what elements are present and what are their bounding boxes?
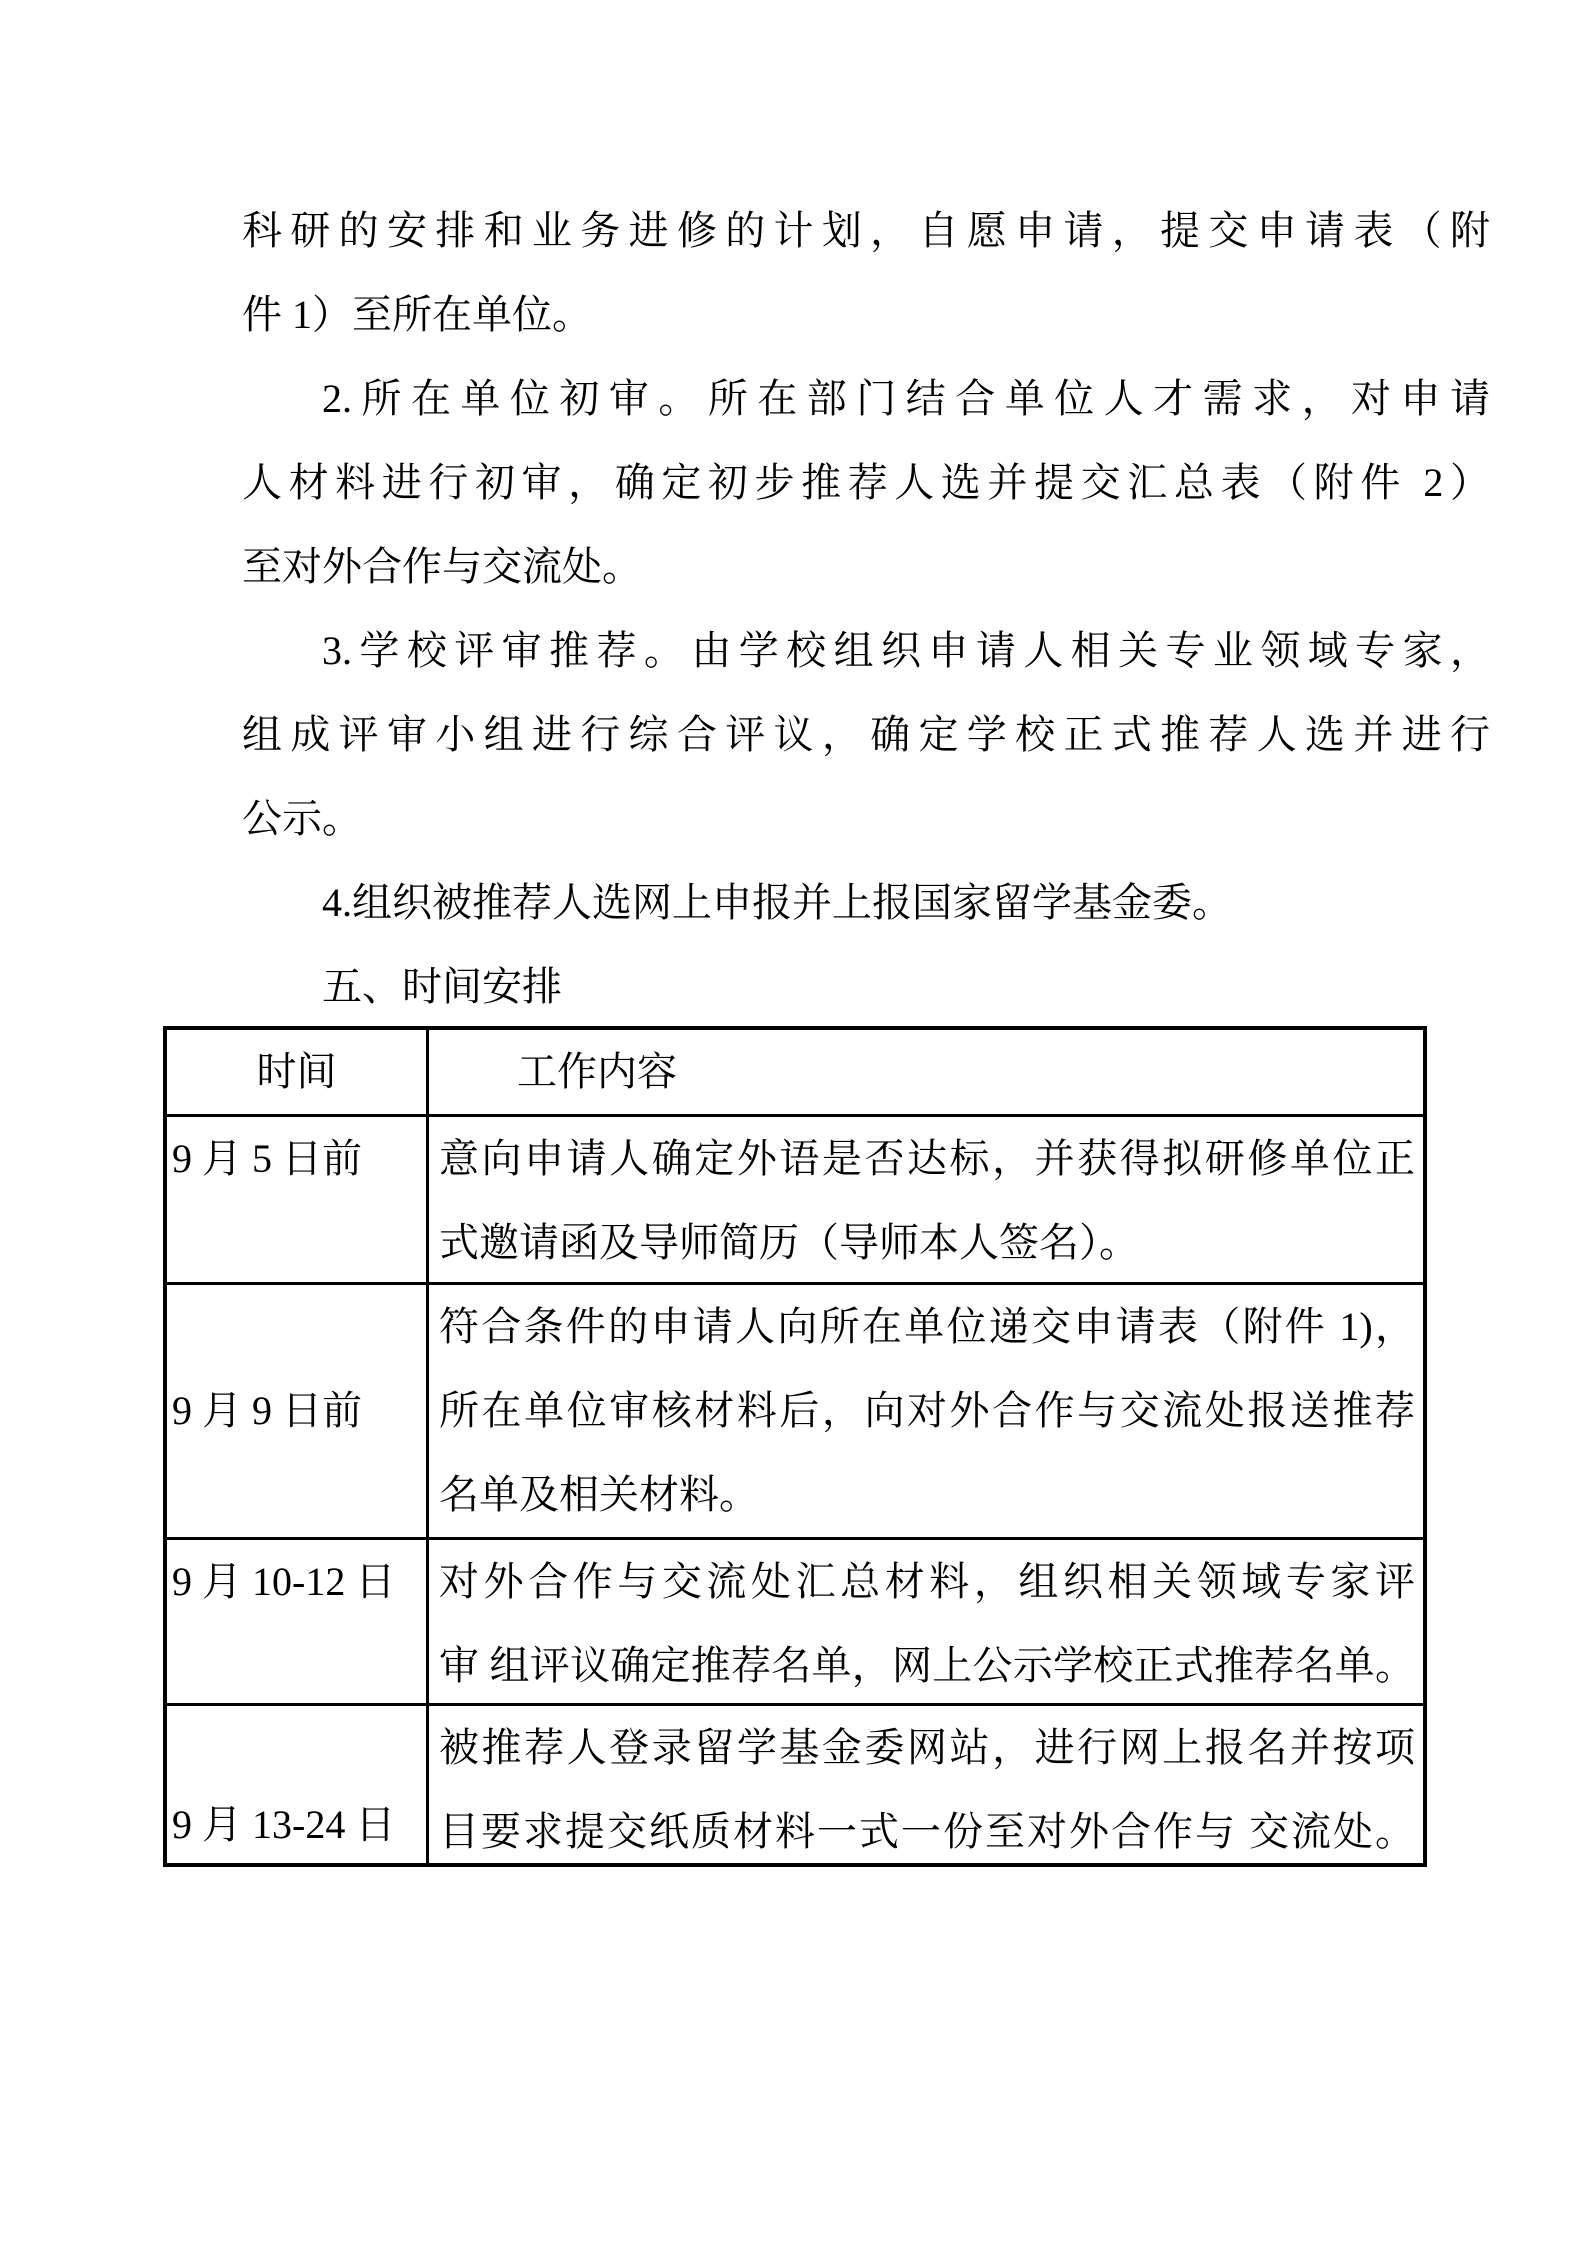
body-line: 公示。	[242, 777, 1490, 861]
content-line: 意向申请人确定外语是否达标，并获得拟研修单位正	[439, 1117, 1415, 1201]
section-heading-time-schedule: 五、时间安排	[242, 945, 1490, 1029]
body-line: 2.所在单位初审。所在部门结合单位人才需求，对申请	[242, 357, 1490, 441]
time-value: 9 月 10-12 日	[172, 1559, 395, 1604]
content-line: 所在单位审核材料后，向对外合作与交流处报送推荐	[439, 1369, 1415, 1453]
content-cell: 符合条件的申请人向所在单位递交申请表（附件 1)， 所在单位审核材料后，向对外合…	[429, 1285, 1423, 1537]
content-line: 对外合作与交流处汇总材料，组织相关领域专家评	[439, 1540, 1415, 1624]
header-cell-content: 工作内容	[429, 1030, 1423, 1114]
body-line: 件 1）至所在单位。	[242, 273, 1490, 357]
body-line: 至对外合作与交流处。	[242, 525, 1490, 609]
body-line: 人材料进行初审，确定初步推荐人选并提交汇总表（附件 2）	[242, 441, 1490, 525]
content-line: 被推荐人登录留学基金委网站，进行网上报名并按项	[439, 1706, 1415, 1790]
body-line: 3.学校评审推荐。由学校组织申请人相关专业领域专家，	[242, 609, 1490, 693]
document-page: 科研的安排和业务进修的计划，自愿申请，提交申请表（附 件 1）至所在单位。 2.…	[0, 0, 1587, 2245]
table-row: 9 月 13-24 日 被推荐人登录留学基金委网站，进行网上报名并按项 目要求提…	[167, 1703, 1423, 1863]
table-row: 9 月 10-12 日 对外合作与交流处汇总材料，组织相关领域专家评 审 组评议…	[167, 1537, 1423, 1703]
table-row: 9 月 5 日前 意向申请人确定外语是否达标，并获得拟研修单位正 式邀请函及导师…	[167, 1114, 1423, 1282]
body-line: 组成评审小组进行综合评议，确定学校正式推荐人选并进行	[242, 693, 1490, 777]
content-line: 目要求提交纸质材料一式一份至对外合作与 交流处。	[439, 1790, 1415, 1874]
content-cell: 意向申请人确定外语是否达标，并获得拟研修单位正 式邀请函及导师简历（导师本人签名…	[429, 1117, 1423, 1282]
time-cell: 9 月 5 日前	[167, 1117, 429, 1282]
table-header-row: 时间 工作内容	[167, 1030, 1423, 1114]
content-cell: 对外合作与交流处汇总材料，组织相关领域专家评 审 组评议确定推荐名单，网上公示学…	[429, 1540, 1423, 1703]
time-value: 9 月 9 日前	[172, 1369, 362, 1453]
time-value: 9 月 5 日前	[172, 1136, 362, 1181]
time-cell: 9 月 13-24 日	[167, 1706, 429, 1863]
schedule-table: 时间 工作内容 9 月 5 日前 意向申请人确定外语是否达标，并获得拟研修单位正…	[163, 1026, 1427, 1867]
content-cell: 被推荐人登录留学基金委网站，进行网上报名并按项 目要求提交纸质材料一式一份至对外…	[429, 1706, 1423, 1863]
body-line: 科研的安排和业务进修的计划，自愿申请，提交申请表（附	[242, 189, 1490, 273]
table-row: 9 月 9 日前 符合条件的申请人向所在单位递交申请表（附件 1)， 所在单位审…	[167, 1282, 1423, 1537]
body-line: 4.组织被推荐人选网上申报并上报国家留学基金委。	[242, 861, 1490, 945]
content-line: 名单及相关材料。	[439, 1453, 1415, 1537]
time-cell: 9 月 9 日前	[167, 1285, 429, 1537]
content-line: 符合条件的申请人向所在单位递交申请表（附件 1)，	[439, 1285, 1415, 1369]
header-cell-time: 时间	[167, 1030, 429, 1114]
content-line: 审 组评议确定推荐名单，网上公示学校正式推荐名单。	[439, 1624, 1415, 1708]
body-paragraphs: 科研的安排和业务进修的计划，自愿申请，提交申请表（附 件 1）至所在单位。 2.…	[242, 189, 1490, 1029]
time-value: 9 月 13-24 日	[172, 1791, 395, 1859]
content-line: 式邀请函及导师简历（导师本人签名）。	[439, 1201, 1415, 1285]
time-cell: 9 月 10-12 日	[167, 1540, 429, 1703]
